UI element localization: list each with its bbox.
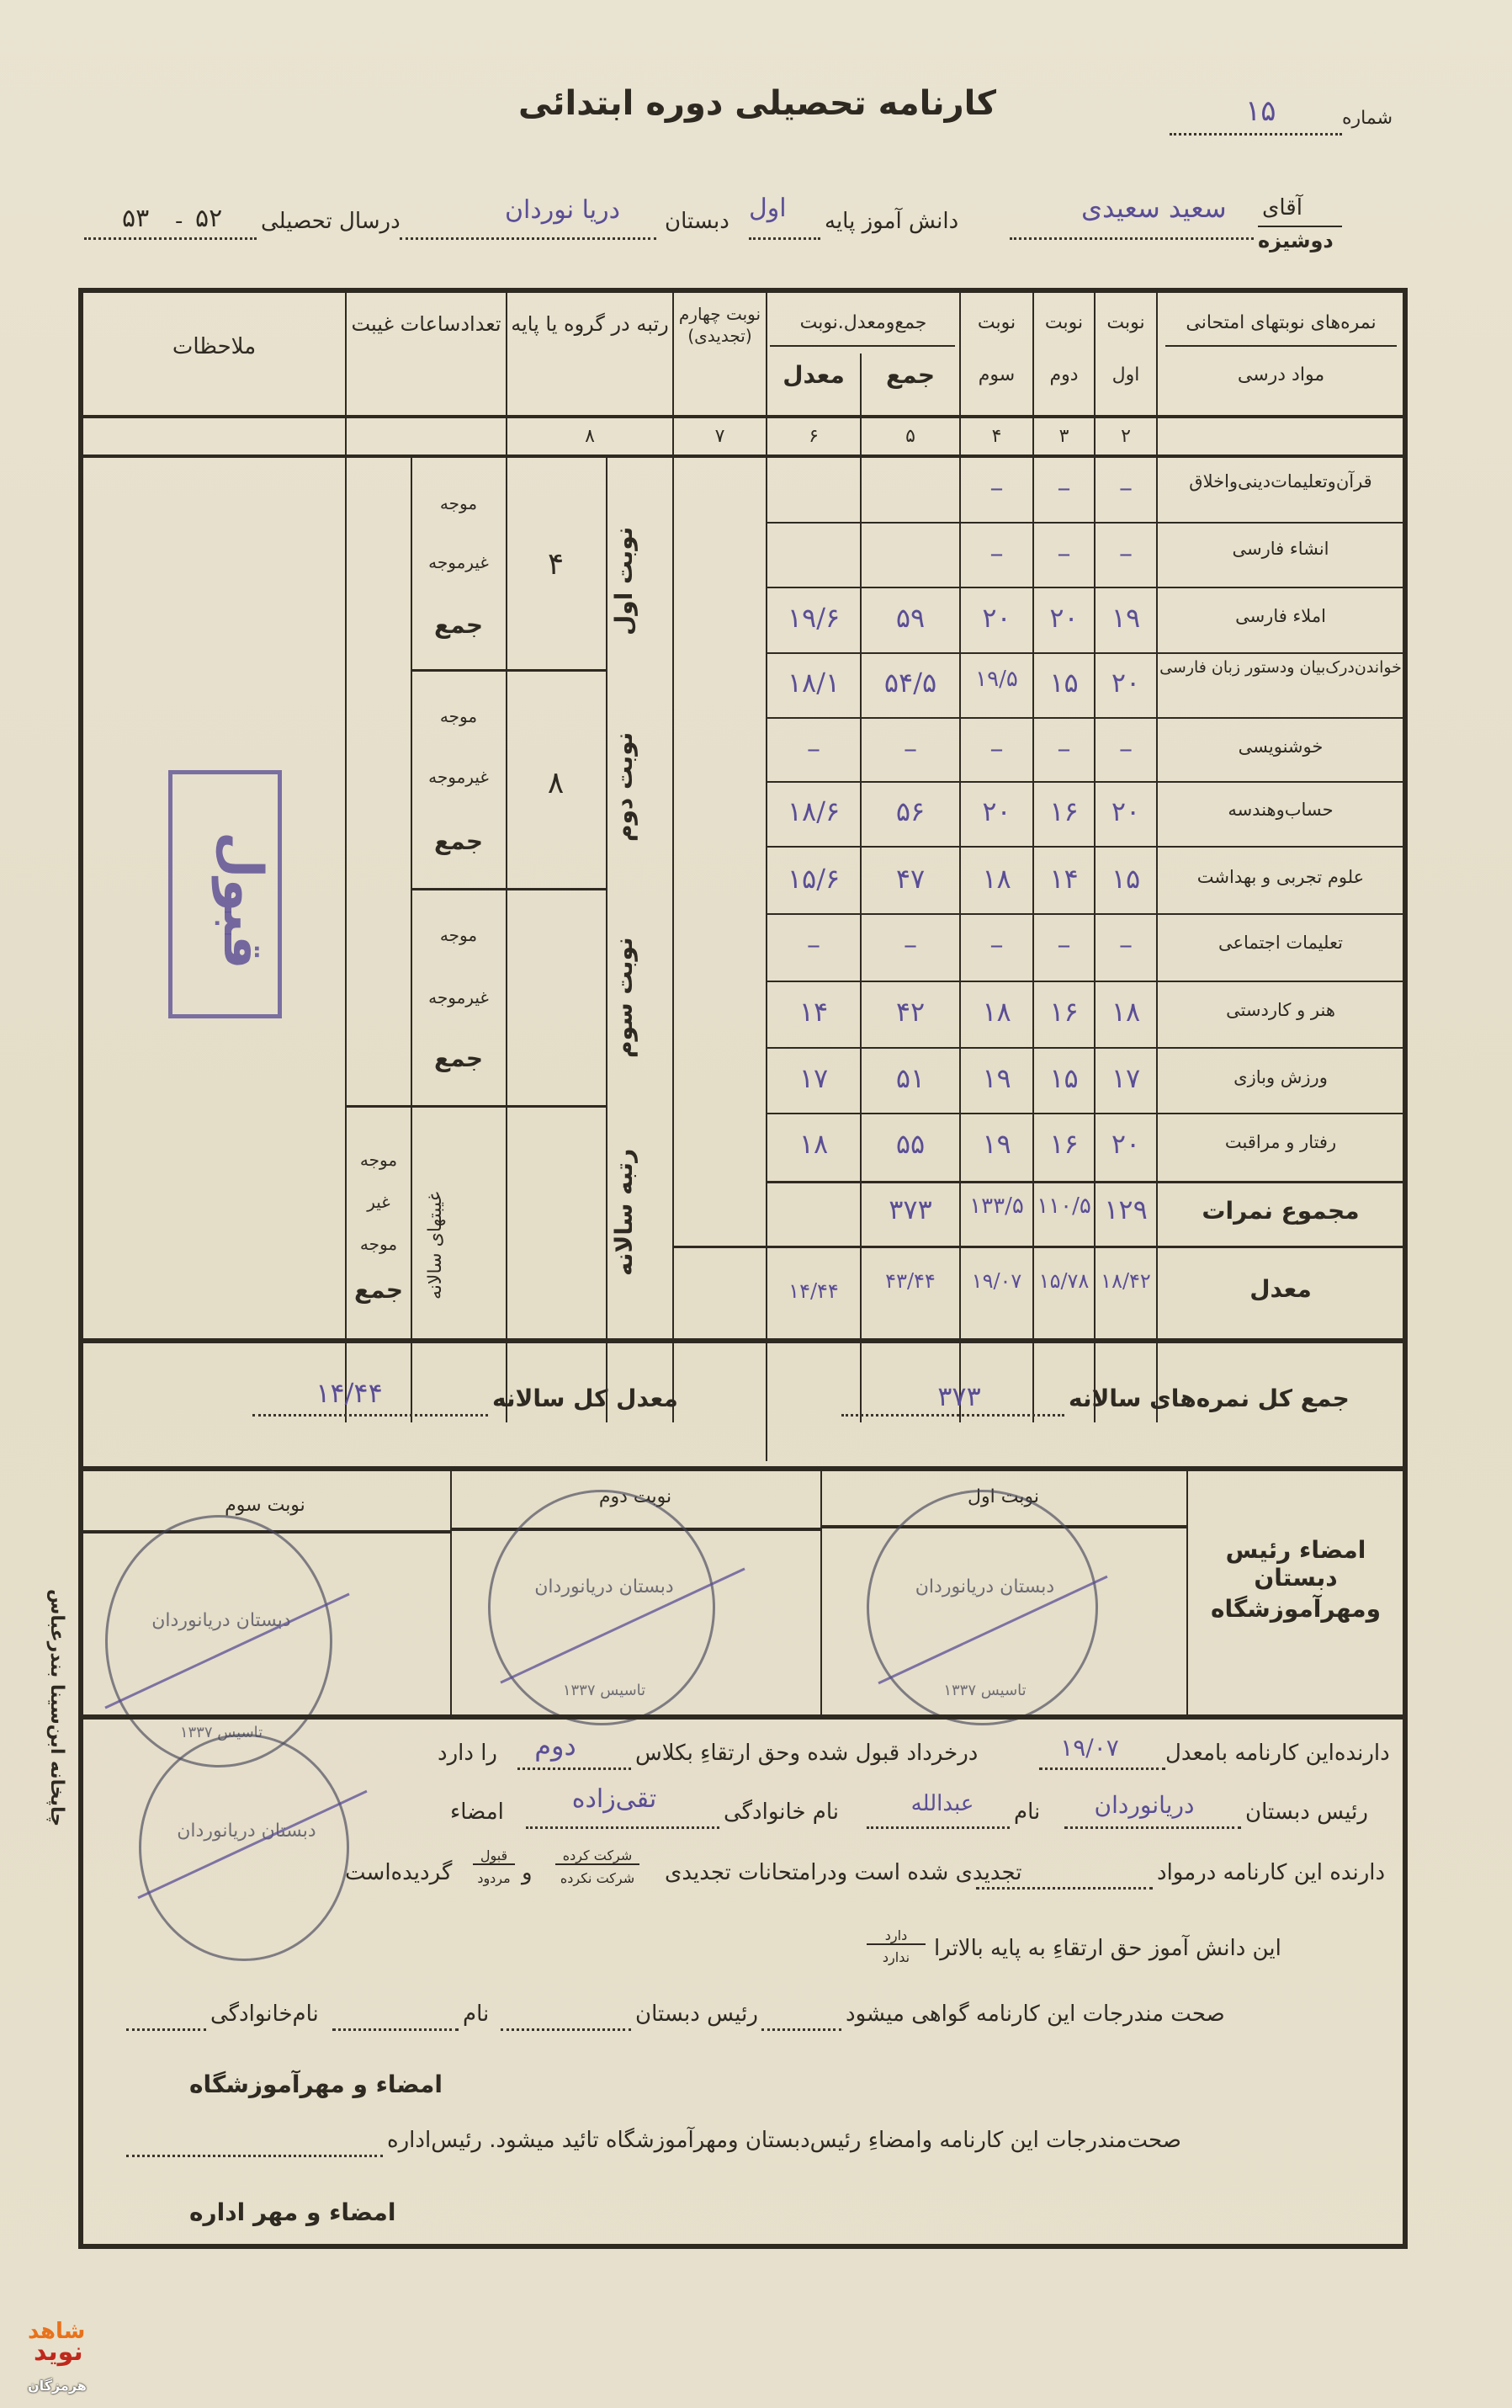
cert-line4-frac-bot: ندارد: [867, 1949, 926, 1965]
cert-line4-a: این دانش آموز حق ارتقاءِ به پایه بالاترا: [934, 1936, 1281, 1961]
rank-term1-label: نوبت اول: [610, 505, 669, 656]
header-term2-bottom: دوم: [1034, 364, 1094, 388]
grade-t1: ۲۰: [1096, 795, 1156, 827]
school-stamp-term2: دبستان دریانوردان تاسیس ۱۳۳۷: [488, 1490, 715, 1725]
col-number-2: ۲: [1096, 425, 1156, 449]
grade-t3: ۱۹: [961, 1062, 1032, 1094]
rank-term1-value: ۴: [507, 547, 604, 582]
subject-name: حساب‌وهندسه: [1159, 800, 1402, 820]
grade-sum: ۵۵: [862, 1128, 959, 1160]
stamp-text: دبستان دریانوردان: [108, 1610, 335, 1631]
cert-line1-a: دارنده‌این کارنامه بامعدل: [1165, 1741, 1390, 1766]
rank-inner-line: [606, 458, 607, 1422]
header-avg: معدل: [767, 360, 860, 391]
row-line: [766, 1181, 1403, 1183]
grade-t3: –: [961, 537, 1032, 569]
col-number-4: ۴: [961, 425, 1032, 449]
school-label: دبستان: [665, 209, 729, 234]
avg-label: معدل: [1159, 1275, 1402, 1303]
grade-t2: ۱۶: [1034, 795, 1094, 827]
cert-line1-class: دوم: [522, 1730, 589, 1762]
cert-line2-family-dots: [526, 1826, 719, 1829]
cert-line1-b: درخرداد قبول شده وحق ارتقاءِ بکلاس: [635, 1741, 978, 1766]
header-subject-top: نمره‌های نوبتهای امتحانی: [1161, 311, 1401, 336]
total-label: مجموع نمرات: [1159, 1197, 1402, 1225]
row-line: [766, 652, 1403, 654]
col-number-6: ۶: [767, 425, 860, 449]
header-remarks: ملاحظات: [83, 333, 345, 362]
grade-t2: ۱۶: [1034, 996, 1094, 1028]
table-bottom-border: [78, 2244, 1408, 2249]
total-t1: ۱۲۹: [1096, 1193, 1156, 1225]
school-stamp-term3: دبستان دریانوردان تاسیس ۱۳۳۷: [105, 1515, 332, 1767]
header-term3-bottom: سوم: [961, 364, 1032, 388]
grade-t1: ۱۹: [1096, 602, 1156, 634]
rank-divider: [506, 669, 607, 672]
cert-line3-frac-top: شرکت کرده: [555, 1847, 639, 1865]
cert-line5-dots: [332, 2028, 459, 2031]
cert-line3-a: دارنده این کارنامه درمواد: [1157, 1860, 1385, 1885]
cert-line7-dots: [126, 2155, 383, 2157]
grade-avg: ۱۹/۶: [767, 602, 860, 634]
cert-line1-dots: [1039, 1767, 1165, 1770]
rank-term3-label: نوبت سوم: [610, 909, 669, 1086]
absence-annual-total: جمع: [347, 1275, 411, 1305]
grade-sum: ۴۲: [862, 996, 959, 1028]
stamp-text: دبستان دریانوردان: [491, 1576, 718, 1597]
absence-unexcused: غیرموجه: [412, 986, 505, 1008]
page-title: کارنامه تحصیلی دوره ابتدائی: [471, 84, 1043, 123]
header-rank: رتبه در گروه یا پایه: [507, 311, 672, 338]
subject-name: هنر و کاردستی: [1159, 1000, 1402, 1020]
cert-line3-b: تجدیدی شده است ودرامتحانات تجدیدی: [665, 1860, 1021, 1885]
cert-line5-dots: [501, 2028, 631, 2031]
absence-divider: [411, 888, 506, 890]
grade-t3: ۲۰: [961, 795, 1032, 827]
grade-t2: –: [1034, 928, 1094, 960]
cert-line3-frac2-bot: مردود: [473, 1870, 515, 1886]
row-line: [766, 913, 1403, 915]
annual-avg-value: ۱۴/۴۴: [286, 1377, 412, 1409]
rank-divider: [506, 1105, 607, 1108]
year-dash: -: [175, 209, 183, 234]
col-number-8: ۸: [507, 425, 672, 449]
absence-unexcused: غیرموجه: [412, 551, 505, 573]
annual-total-value: ۳۷۳: [909, 1380, 1010, 1412]
cert-line7: صحت‌مندرجات این کارنامه وامضاءِ رئیس‌دبس…: [387, 2128, 1181, 2153]
cert-line1-class-dots: [517, 1767, 631, 1770]
subject-name: خوشنویسی: [1159, 736, 1402, 757]
total-t2: ۱۱۰/۵: [1034, 1193, 1094, 1219]
grade-t3: –: [961, 732, 1032, 764]
grade-t1: –: [1096, 471, 1156, 503]
col-line-avg: [766, 293, 767, 1422]
grade-avg: ۱۸: [767, 1128, 860, 1160]
grade-sum: –: [862, 732, 959, 764]
cert-line2-name: عبدالله: [892, 1791, 993, 1816]
year-label: درسال تحصیلی: [261, 209, 401, 234]
header-sum: جمع: [862, 360, 959, 391]
school-value: دریا نوردان: [505, 195, 620, 225]
header-bottom-line: [78, 415, 1408, 418]
stamp-founded: تاسیس ۱۳۳۷: [869, 1682, 1101, 1699]
subject-name: قرآن‌وتعلیمات‌دینی‌واخلاق: [1159, 471, 1402, 492]
total-sum: ۳۷۳: [862, 1193, 959, 1225]
grade-t1: –: [1096, 732, 1156, 764]
cert-line5-dots: [761, 2028, 841, 2031]
grade-avg: ۱۷: [767, 1062, 860, 1094]
grade-sum: ۵۶: [862, 795, 959, 827]
watermark-bottom: هرمزگان: [28, 2378, 87, 2394]
grade-avg: ۱۸/۱: [767, 667, 860, 699]
row-line: [766, 781, 1403, 783]
stamp-text: دبستان دریانوردان: [141, 1821, 352, 1842]
signature-divider: [820, 1471, 822, 1715]
absence-total: جمع: [412, 610, 505, 641]
total-row-line: [672, 1246, 1403, 1248]
number-label: شماره: [1342, 108, 1393, 129]
grade-t1: ۱۸: [1096, 996, 1156, 1028]
sig-label-line1: امضاء رئیس دبستان: [1191, 1536, 1401, 1592]
row-line: [766, 717, 1403, 719]
header-term4: نوبت چهارم (تجدیدی): [674, 303, 766, 347]
cert-line1-c: را دارد: [438, 1741, 497, 1766]
rank-annual-label: رتبه سالانه: [610, 1128, 669, 1296]
signature-bottom-border: [78, 1714, 1408, 1720]
cert-line2-d: امضاء: [450, 1799, 504, 1825]
annual-avg-label: معدل کل سالانه: [492, 1385, 678, 1412]
number-dotted-line: [1170, 133, 1342, 136]
row-line: [766, 522, 1403, 524]
salutation-female: دوشیزه: [1258, 229, 1334, 252]
cert-line3-d: گردیده‌است: [345, 1860, 452, 1885]
grade-t1: ۲۰: [1096, 1128, 1156, 1160]
subject-name: ورزش وبازی: [1159, 1067, 1402, 1087]
grade-t1: ۲۰: [1096, 667, 1156, 699]
grade-t2: –: [1034, 537, 1094, 569]
col-line-t3: [959, 293, 961, 1422]
grade-t3: ۱۸: [961, 863, 1032, 895]
total-t3: ۱۳۳/۵: [961, 1193, 1032, 1219]
grade-sum: ۴۷: [862, 863, 959, 895]
header-term2-top: نوبت: [1034, 311, 1094, 336]
student-name: سعید سعیدی: [1081, 192, 1227, 224]
header-sum-avg-divider: [770, 345, 955, 347]
subject-name: رفتار و مراقبت: [1159, 1132, 1402, 1152]
table-top-border: [78, 288, 1408, 293]
school-line: [400, 237, 656, 240]
signature-divider: [450, 1471, 452, 1715]
grade-t2: –: [1034, 732, 1094, 764]
col-line-term4: [672, 293, 674, 1422]
school-stamp-term1: دبستان دریانوردان تاسیس ۱۳۳۷: [867, 1490, 1098, 1725]
rank-divider: [506, 888, 607, 890]
grade-t2: ۱۵: [1034, 1062, 1094, 1094]
grade-t1: –: [1096, 928, 1156, 960]
absence-excused: موجه: [412, 924, 505, 946]
grade-t2: –: [1034, 471, 1094, 503]
header-subject-divider: [1165, 345, 1397, 347]
grade-t3: ۱۹/۵: [961, 667, 1032, 692]
column-number-bottom-line: [78, 454, 1408, 458]
salutation-divider: [1258, 226, 1342, 227]
col-number-3: ۳: [1034, 425, 1094, 449]
annual-total-label: جمع کل نمره‌های سالانه: [1069, 1385, 1350, 1412]
avg-t3: ۱۹/۰۷: [961, 1269, 1032, 1293]
header-term3-top: نوبت: [961, 311, 1032, 336]
cert-line1-avg: ۱۹/۰۷: [1043, 1734, 1136, 1762]
row-line: [766, 1113, 1403, 1114]
avg-sum: ۴۳/۴۴: [862, 1269, 959, 1293]
table-body-bottom: [78, 1338, 1408, 1343]
table-right-border: [1403, 288, 1408, 2249]
col-line-subject: [1156, 293, 1158, 1422]
year-line: [84, 237, 257, 240]
col-number-7: ۷: [674, 425, 766, 449]
subject-name: علوم تجربی و بهداشت: [1159, 867, 1402, 887]
grade-t2: ۱۴: [1034, 863, 1094, 895]
cert-line2-a: رئیس دبستان: [1245, 1799, 1368, 1825]
pass-stamp: قبول: [168, 770, 282, 1018]
absence-annual-excused: موجه: [347, 1149, 411, 1171]
cert-line5-b: رئیس دبستان: [635, 2001, 758, 2027]
salutation-male: آقای: [1262, 195, 1302, 221]
row-line: [766, 981, 1403, 982]
sig-label-line2: ومهرآموزشگاه: [1191, 1595, 1401, 1623]
header-term1-top: نوبت: [1096, 311, 1156, 336]
header-subject-bottom: مواد درسی: [1161, 364, 1401, 388]
student-name-line: [1010, 237, 1254, 240]
header-absence: تعدادساعات غیبت: [347, 311, 506, 338]
absence-annual-excused: موجه: [347, 1233, 411, 1255]
grade-sum: ۵۹: [862, 602, 959, 634]
row-line: [766, 587, 1403, 588]
cert-line5-c: نام: [463, 2001, 489, 2027]
cert-line8: امضاء و مهر اداره: [189, 2198, 395, 2226]
cert-line2-school: دریانوردان: [1069, 1791, 1220, 1819]
signature-top-border: [78, 1466, 1408, 1471]
col-line-t1: [1094, 293, 1096, 1422]
cert-line6: امضاء و مهرآموزشگاه: [189, 2070, 443, 2098]
grade-t3: –: [961, 471, 1032, 503]
absence-excused: موجه: [412, 492, 505, 514]
grade-avg: ۱۴: [767, 996, 860, 1028]
grade-avg: –: [767, 928, 860, 960]
grade-t3: ۱۹: [961, 1128, 1032, 1160]
cert-line5-a: صحت مندرجات این کارنامه گواهی میشود: [846, 2001, 1225, 2027]
cert-line3-frac2-top: قبول: [473, 1847, 515, 1865]
grade-avg: –: [767, 732, 860, 764]
annual-divider: [766, 1343, 767, 1461]
subject-name: تعلیمات اجتماعی: [1159, 933, 1402, 953]
cert-line2-name-dots: [867, 1826, 1010, 1829]
cert-line3-frac-bot: شرکت نکرده: [555, 1870, 639, 1886]
subject-name: انشاء فارسی: [1159, 539, 1402, 559]
grade-t3: ۱۸: [961, 996, 1032, 1028]
grade-avg: ۱۸/۶: [767, 795, 860, 827]
cert-line4-frac-top: دارد: [867, 1927, 926, 1945]
col-number-5: ۵: [862, 425, 959, 449]
grade-t1: ۱۷: [1096, 1062, 1156, 1094]
header-sum-avg-top: جمع‌ومعدل.نوبت: [767, 311, 959, 336]
row-line: [766, 846, 1403, 848]
grade-sum: ۵۱: [862, 1062, 959, 1094]
stamp-founded: تاسیس ۱۳۳۷: [491, 1682, 718, 1699]
annual-avg-line: [252, 1414, 488, 1417]
avg-t1: ۱۸/۴۲: [1096, 1269, 1156, 1293]
avg-t2: ۱۵/۷۸: [1034, 1269, 1094, 1293]
table-left-border: [78, 288, 83, 2249]
absence-total: جمع: [412, 827, 505, 857]
col-line-t2: [1032, 293, 1034, 1422]
absence-divider: [411, 669, 506, 672]
grade-t3: ۲۰: [961, 602, 1032, 634]
sig-term3: نوبت سوم: [84, 1494, 446, 1518]
printer-credit: چاپخانه ابن‌سینا بندرعباس: [34, 1507, 67, 1826]
grade-t1: ۱۵: [1096, 863, 1156, 895]
cert-line3-dots: [976, 1887, 1153, 1890]
header-term1-bottom: اول: [1096, 364, 1156, 388]
signature-divider: [1186, 1471, 1188, 1715]
grade-t2: ۱۶: [1034, 1128, 1094, 1160]
absence-total: جمع: [412, 1044, 505, 1074]
grade-t1: –: [1096, 537, 1156, 569]
grade-sum: –: [862, 928, 959, 960]
pass-stamp-text: قبول: [181, 808, 273, 993]
absence-unexcused: غیرموجه: [412, 766, 505, 788]
annual-total-line: [841, 1414, 1064, 1417]
grade-label: دانش آموز پایه: [825, 209, 958, 234]
cert-line5-dots: [126, 2028, 206, 2031]
absence-excused: موجه: [412, 705, 505, 727]
subject-name: خواندن‌درک‌بیان ودستور زبان فارسی: [1159, 658, 1402, 677]
subject-name: املاء فارسی: [1159, 606, 1402, 626]
watermark-middle: نوید: [34, 2337, 83, 2367]
grade-sum: ۵۴/۵: [862, 667, 959, 699]
avg-avg: ۱۴/۴۴: [767, 1279, 860, 1303]
cert-line2-c: نام خانوادگی: [724, 1799, 839, 1825]
cert-line2-family: تقی‌زاده: [547, 1784, 682, 1814]
row-line: [766, 1047, 1403, 1049]
watermark-logo: شاهد نوید هرمزگان: [21, 2327, 105, 2403]
grade-t2: ۱۵: [1034, 667, 1094, 699]
rank-term2-label: نوبت دوم: [610, 703, 669, 871]
absence-annual-label: غیبتهای سالانه: [425, 1145, 492, 1347]
absence-annual-un: غیر: [347, 1191, 411, 1213]
grade-avg: ۱۵/۶: [767, 863, 860, 895]
grade-t2: ۲۰: [1034, 602, 1094, 634]
number-value: ۱۵: [1245, 94, 1276, 128]
cert-line5-d: نام‌خانوادگی: [210, 2001, 319, 2027]
col-line-rank: [506, 293, 507, 1422]
rank-term2-value: ۸: [507, 766, 604, 800]
year-to: ۵۳: [122, 204, 149, 233]
cert-line3-c: و: [522, 1860, 533, 1885]
absence-divider: [345, 1105, 506, 1108]
grade-value: اول: [749, 194, 787, 223]
year-from: ۵۲: [195, 204, 222, 233]
grade-line: [749, 237, 820, 240]
report-card-page: کارنامه تحصیلی دوره ابتدائی شماره ۱۵ آقا…: [0, 0, 1512, 2408]
cert-line2-b: نام: [1014, 1799, 1040, 1825]
grade-t3: –: [961, 928, 1032, 960]
cert-line2-dots: [1064, 1826, 1241, 1829]
